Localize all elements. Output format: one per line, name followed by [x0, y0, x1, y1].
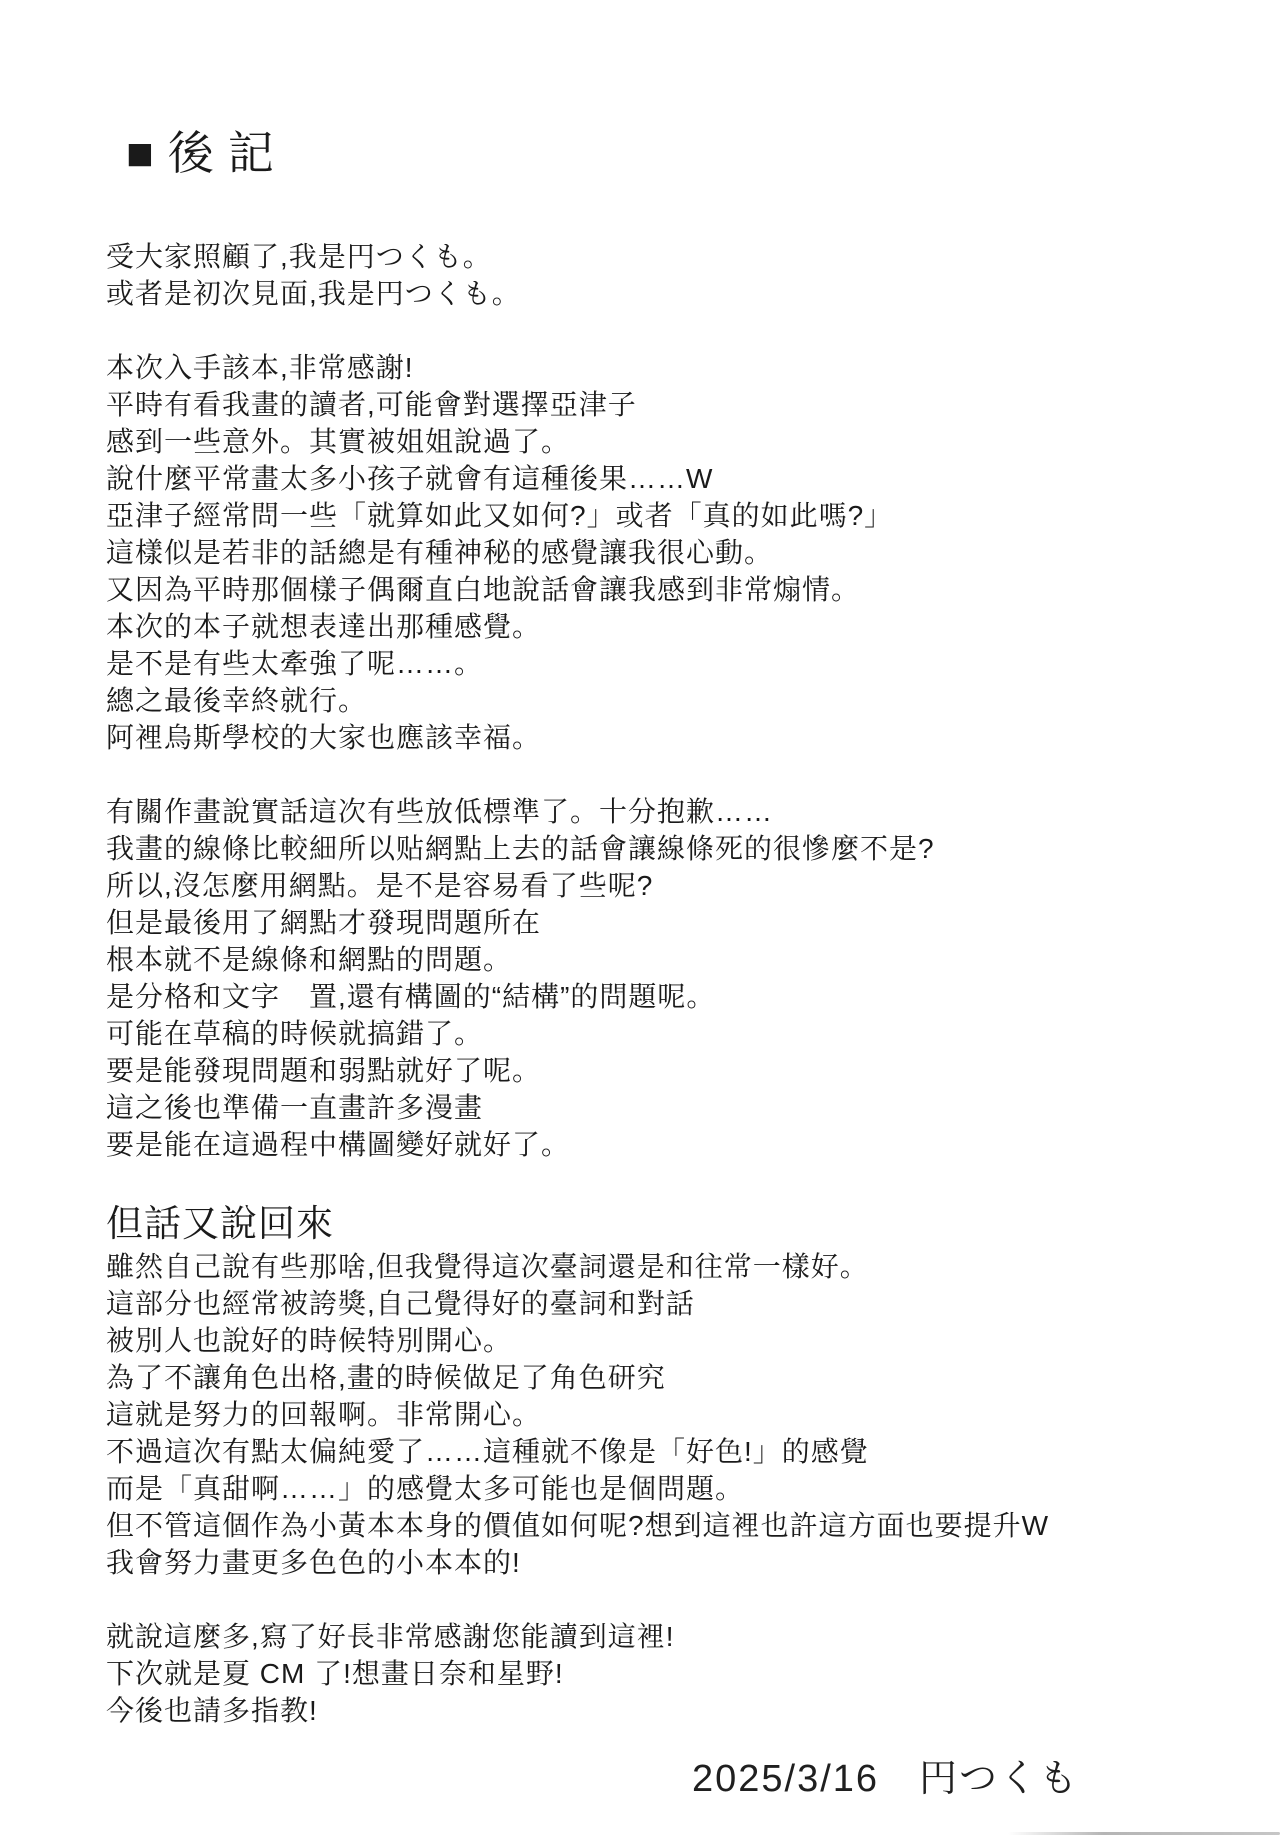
text-line: 今後也請多指教!: [106, 1692, 1250, 1729]
about-art-paragraph: 有關作畫說實話這次有些放低標準了。十分抱歉……我畫的線條比較細所以贴網點上去的話…: [106, 793, 1250, 1163]
text-line: 亞津子經常問一些「就算如此又如何?」或者「真的如此嗎?」: [106, 497, 1250, 534]
text-line: 要是能在這過程中構圖變好就好了。: [106, 1126, 1250, 1163]
text-line: 雖然自己說有些那啥,但我覺得這次臺詞還是和往常一樣好。: [106, 1248, 1250, 1285]
about-dialogue-paragraph: 雖然自己說有些那啥,但我覺得這次臺詞還是和往常一樣好。這部分也經常被誇獎,自己覺…: [106, 1248, 1250, 1581]
text-line: 受大家照顧了,我是円つくも。: [106, 238, 1250, 275]
text-line: 可能在草稿的時候就搞錯了。: [106, 1015, 1250, 1052]
text-line: 又因為平時那個樣子偶爾直白地說話會讓我感到非常煽情。: [106, 571, 1250, 608]
text-line: 說什麼平常畫太多小孩子就會有這種後果……W: [106, 460, 1250, 497]
closing-paragraph: 就說這麼多,寫了好長非常感謝您能讀到這裡!下次就是夏 CM 了!想畫日奈和星野!…: [106, 1618, 1250, 1729]
text-line: 被別人也說好的時候特別開心。: [106, 1322, 1250, 1359]
text-line: 平時有看我畫的讀者,可能會對選擇亞津子: [106, 386, 1250, 423]
text-line: 為了不讓角色出格,畫的時候做足了角色研究: [106, 1359, 1250, 1396]
text-line: 我畫的線條比較細所以贴網點上去的話會讓線條死的很慘麼不是?: [106, 830, 1250, 867]
text-line: 要是能發現問題和弱點就好了呢。: [106, 1052, 1250, 1089]
scan-edge-artifact: [1008, 1832, 1280, 1835]
text-line: 而是「真甜啊……」的感覺太多可能也是個問題。: [106, 1470, 1250, 1507]
text-line: 這就是努力的回報啊。非常開心。: [106, 1396, 1250, 1433]
text-line: 阿裡烏斯學校的大家也應該幸福。: [106, 719, 1250, 756]
page-title: ■後記: [126, 122, 1250, 184]
text-line: 感到一些意外。其實被姐姐說過了。: [106, 423, 1250, 460]
text-line: 就說這麼多,寫了好長非常感謝您能讀到這裡!: [106, 1618, 1250, 1655]
text-line: 但不管這個作為小黃本本身的價值如何呢?想到這裡也許這方面也要提升W: [106, 1507, 1250, 1544]
about-book-paragraph: 本次入手該本,非常感謝!平時有看我畫的讀者,可能會對選擇亞津子感到一些意外。其實…: [106, 349, 1250, 756]
text-line: 本次入手該本,非常感謝!: [106, 349, 1250, 386]
text-line: 不過這次有點太偏純愛了……這種就不像是「好色!」的感覺: [106, 1433, 1250, 1470]
text-line: 這之後也準備一直畫許多漫畫: [106, 1089, 1250, 1126]
text-line: 總之最後幸終就行。: [106, 682, 1250, 719]
text-line: 下次就是夏 CM 了!想畫日奈和星野!: [106, 1655, 1250, 1692]
text-line: 有關作畫說實話這次有些放低標準了。十分抱歉……: [106, 793, 1250, 830]
text-line: 我會努力畫更多色色的小本本的!: [106, 1544, 1250, 1581]
afterword-page: ■後記 受大家照顧了,我是円つくも。或者是初次見面,我是円つくも。 本次入手該本…: [0, 0, 1280, 1837]
greeting-paragraph: 受大家照顧了,我是円つくも。或者是初次見面,我是円つくも。: [106, 238, 1250, 312]
text-line: 是分格和文字 置,還有構圖的“結構”的問題呢。: [106, 978, 1250, 1015]
text-line: 這部分也經常被誇獎,自己覺得好的臺詞和對話: [106, 1285, 1250, 1322]
subheading: 但話又說回來: [106, 1200, 1250, 1248]
text-line: 本次的本子就想表達出那種感覺。: [106, 608, 1250, 645]
text-line: 是不是有些太牽強了呢……。: [106, 645, 1250, 682]
afterword-content: ■後記 受大家照顧了,我是円つくも。或者是初次見面,我是円つくも。 本次入手該本…: [106, 122, 1250, 1766]
text-line: 這樣似是若非的話總是有種神秘的感覺讓我很心動。: [106, 534, 1250, 571]
text-line: 但是最後用了網點才發現問題所在: [106, 904, 1250, 941]
date-author-signature: 2025/3/16 円つくも: [692, 1747, 1079, 1802]
text-line: 或者是初次見面,我是円つくも。: [106, 275, 1250, 312]
text-line: 根本就不是線條和網點的問題。: [106, 941, 1250, 978]
text-line: 所以,沒怎麼用網點。是不是容易看了些呢?: [106, 867, 1250, 904]
